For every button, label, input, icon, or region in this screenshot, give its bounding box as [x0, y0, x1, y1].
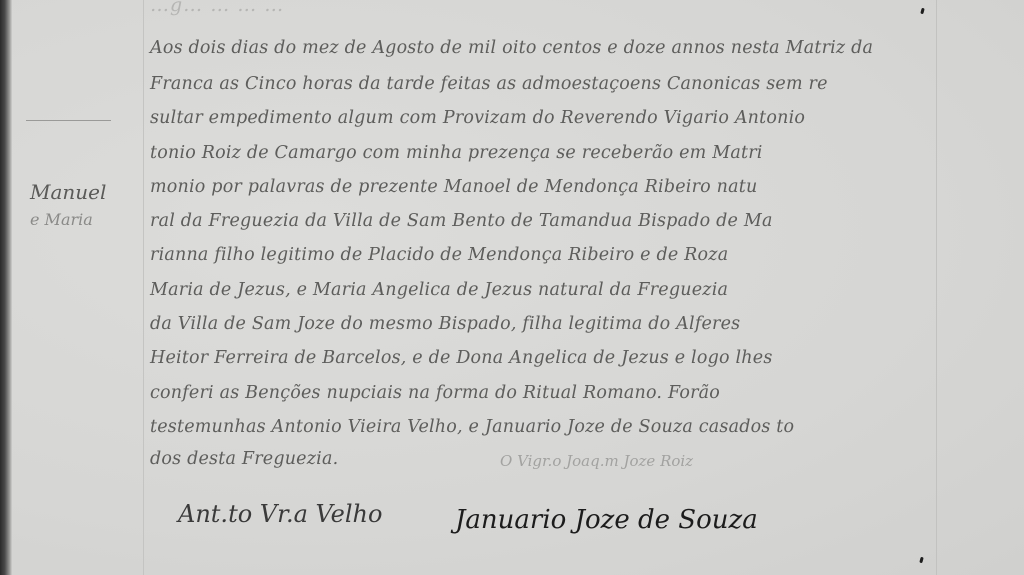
margin-note-bride: e Maria: [30, 210, 93, 229]
body-line: ral da Freguezia da Villa de Sam Bento d…: [150, 211, 773, 231]
vicar-signature: O Vigr.o Joaq.m Joze Roiz: [500, 452, 693, 470]
body-line: Maria de Jezus, e Maria Angelica de Jezu…: [150, 280, 728, 300]
margin-dash: [26, 120, 111, 121]
body-line: Aos dois dias do mez de Agosto de mil oi…: [150, 38, 873, 58]
body-line: testemunhas Antonio Vieira Velho, e Janu…: [150, 417, 794, 437]
body-line: tonio Roiz de Camargo com minha prezença…: [150, 143, 763, 163]
body-line: monio por palavras de prezente Manoel de…: [150, 177, 757, 197]
witness-signature-antonio: Ant.to Vr.a Velho: [178, 500, 382, 528]
body-line: conferi as Benções nupciais na forma do …: [150, 383, 720, 403]
body-line: Franca as Cinco horas da tarde feitas as…: [150, 74, 828, 94]
left-margin-rule: [143, 0, 144, 575]
body-line: sultar empedimento algum com Provizam do…: [150, 108, 805, 128]
ink-spot: [919, 557, 923, 564]
ink-spot: [920, 8, 924, 15]
margin-note-groom: Manuel: [30, 180, 106, 204]
faded-top-line: …g… … … …: [150, 0, 284, 16]
body-line: rianna filho legitimo de Placido de Mend…: [150, 245, 728, 265]
body-line: Heitor Ferreira de Barcelos, e de Dona A…: [150, 348, 773, 368]
binding-edge: [0, 0, 12, 575]
body-line: da Villa de Sam Joze do mesmo Bispado, f…: [150, 314, 740, 334]
manuscript-page: …g… … … … Manuel e Maria Aos dois dias d…: [0, 0, 1024, 575]
right-margin-rule: [936, 0, 937, 575]
witness-signature-januario: Januario Joze de Souza: [455, 505, 758, 535]
body-line: dos desta Freguezia.: [150, 449, 338, 469]
